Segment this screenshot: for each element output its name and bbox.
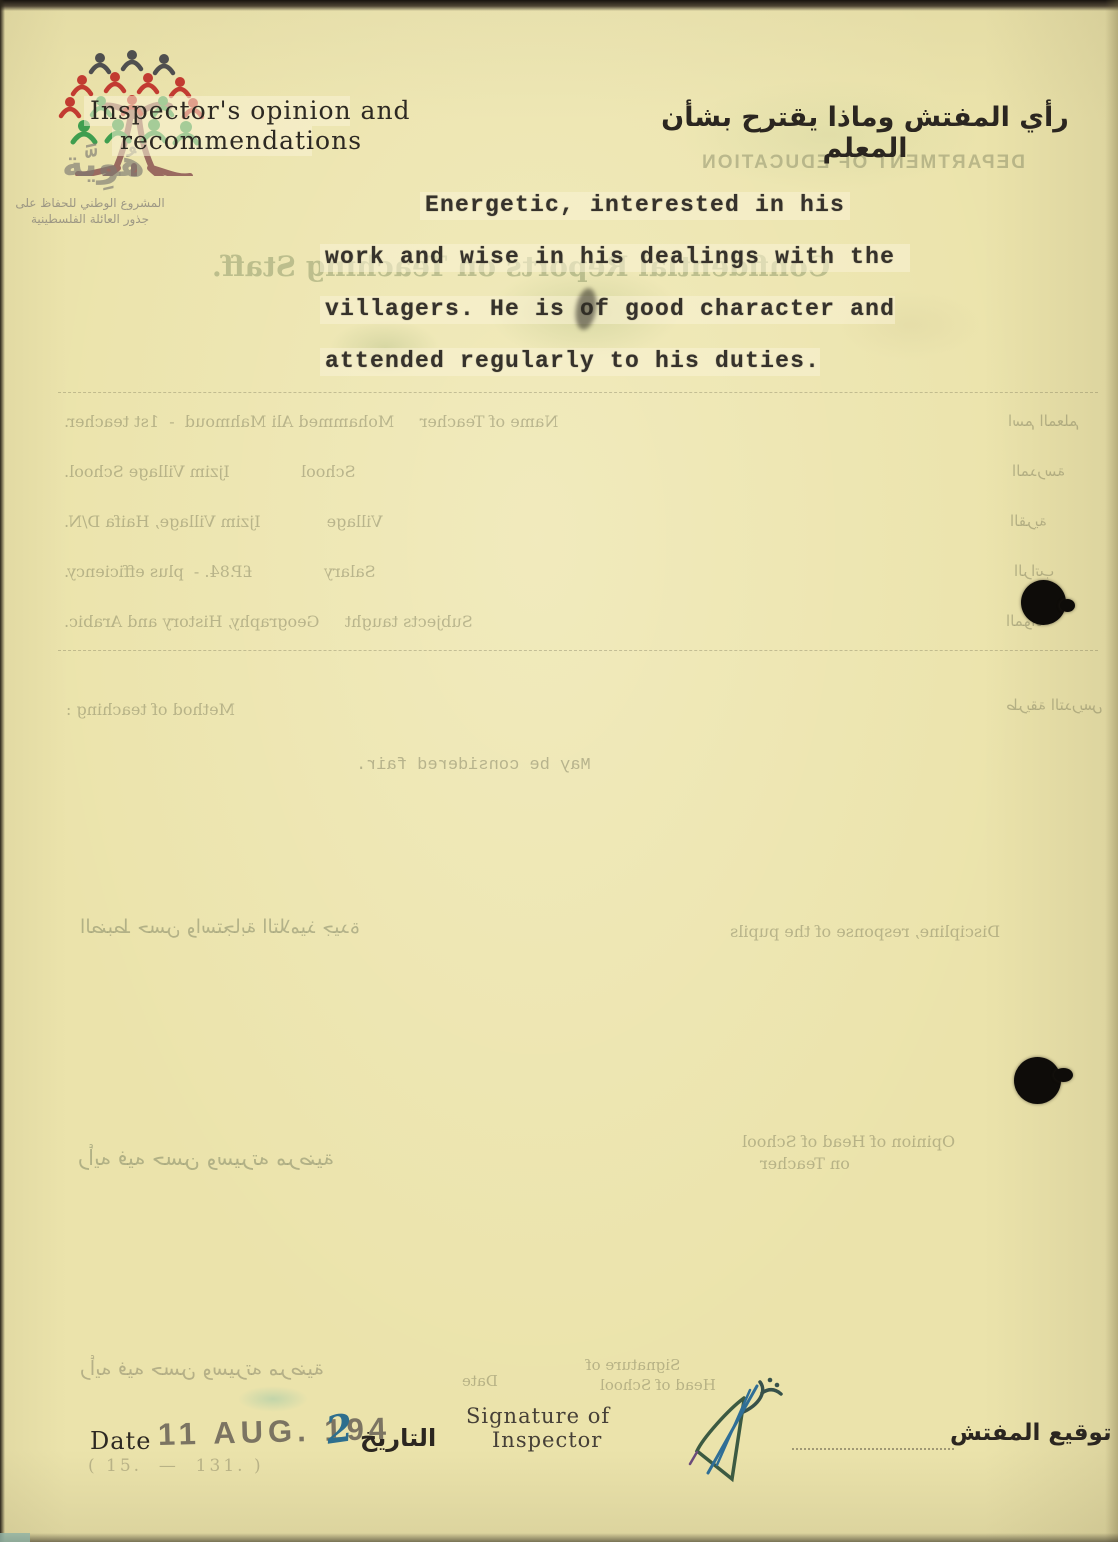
page-title-english-line2: recommendations [120, 126, 362, 155]
bleedthrough-opinion-label-line1: Opinion of Head of School [742, 1132, 955, 1151]
scanned-document-page: هُوِيَّة المشروع الوطني للحفاظ على جذور … [0, 0, 1118, 1542]
inspector-signature-label-line1: Signature of [466, 1404, 610, 1428]
bleedthrough-date-label: Date [462, 1372, 498, 1390]
bleedthrough-row-school-arabic: المدرسة [1012, 462, 1065, 480]
bleedthrough-discipline-answer-arabic: الضبط حسن واستجابة التلاميذ جيدة [80, 916, 360, 938]
typewriter-correction-smudge [573, 287, 599, 332]
bleedthrough-opinion-label-line2: on Teacher [760, 1154, 850, 1173]
date-stamp: 11 AUG. 194 [158, 1411, 392, 1453]
page-title-arabic: رأي المفتش وماذا يقترح بشأن المعلم [660, 102, 1070, 164]
scan-edge-top [0, 0, 1118, 11]
scan-edge-right [1105, 0, 1118, 1542]
scan-corner-artifact [0, 1533, 30, 1542]
bleedthrough-method-label: Method of teaching : [66, 700, 235, 719]
paper-stain [238, 1386, 308, 1412]
punch-hole-bottom [1014, 1057, 1061, 1104]
bleedthrough-rule [58, 650, 1098, 651]
logo-tagline-line1: المشروع الوطني للحفاظ على [10, 196, 170, 210]
punch-hole-top [1021, 580, 1066, 625]
opinion-text-line2: work and wise in his dealings with the [325, 244, 895, 270]
bleedthrough-rule [58, 392, 1098, 393]
punch-hole-bottom-fragment [1054, 1068, 1073, 1082]
opinion-text-line4: attended regularly to his duties. [325, 348, 820, 374]
bleedthrough-row-teacher: Name of Teacher Mohammed Ali Mahmoud - 1… [64, 412, 558, 431]
bleedthrough-opinion-answer-arabic: رأيه فيه حسن وسيرته مرضية [78, 1146, 334, 1170]
inspector-signature-label-line2: Inspector [492, 1428, 602, 1452]
bleedthrough-row-school: School Ijzim Village School. [64, 462, 356, 481]
page-title-english-line1: Inspector's opinion and [90, 96, 411, 125]
bleedthrough-head-signature-arabic: رأيه فيه حسن وسيرته مرضية [80, 1356, 324, 1380]
opinion-text-line1: Energetic, interested in his [425, 192, 845, 218]
date-label-english: Date [90, 1427, 151, 1455]
inspector-signature-label-arabic: توقيع المفتش [950, 1420, 1112, 1446]
scan-edge-left [0, 0, 5, 1542]
logo-tagline-line2: جذور العائلة الفلسطينية [10, 212, 170, 226]
bleedthrough-method-answer: May be considered fair. [356, 756, 591, 775]
date-label-arabic: التاريخ [360, 1424, 436, 1452]
bleedthrough-row-village-arabic: القرية [1010, 512, 1047, 530]
bleedthrough-row-village: Village Ijzim Village, Haifa D/N. [64, 512, 383, 531]
bleedthrough-method-label-arabic: طريقة التدريس [1006, 696, 1102, 714]
bleedthrough-row-subjects: Subjects taught Geography, History and A… [64, 612, 473, 631]
bleedthrough-row-salary: Salary £P.84. - plus efficiency. [64, 562, 376, 581]
inspector-signature-ink [640, 1372, 880, 1492]
opinion-text-line3: villagers. He is of good character and [325, 296, 895, 322]
bleedthrough-footnote: ( 15. — 131. ) [88, 1456, 264, 1476]
bleedthrough-row-salary-arabic: الراتب [1014, 562, 1054, 580]
scan-edge-bottom [0, 1533, 1118, 1542]
punch-hole-top-fragment [1060, 599, 1075, 612]
bleedthrough-discipline-label: Discipline, response of the pupils [730, 922, 1000, 941]
bleedthrough-row-teacher-arabic: اسم المعلم [1008, 412, 1079, 430]
